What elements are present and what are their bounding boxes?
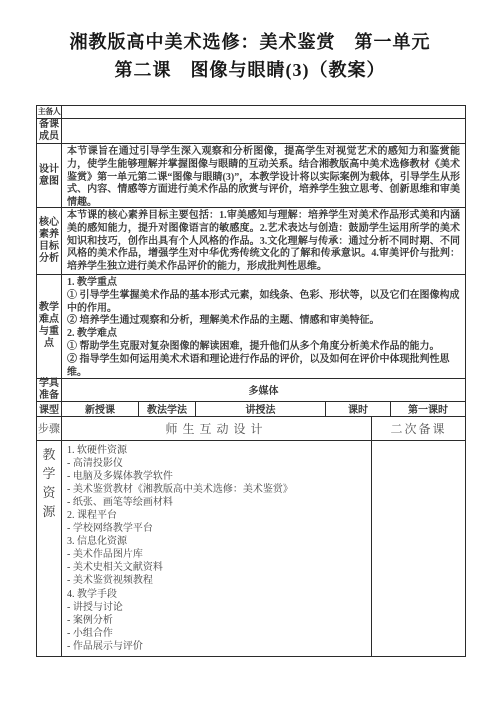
key-points-text: 1. 教学重点 ① 引导学生掌握美术作品的基本形式元素，如线条、色彩、形状等，以… <box>62 275 465 378</box>
lead-preparer-value <box>62 106 465 118</box>
core-literacy-label: 核心 素养 目标 分析 <box>37 208 62 274</box>
lesson-type-value: 新授课 <box>62 402 139 416</box>
row-teaching-resources: 教 学 资 源 1. 软硬件资源 - 高清投影仪 - 电脑及多媒体教学软件 - … <box>37 441 465 657</box>
row-prep-members: 备课 成员 <box>37 119 465 144</box>
document-title: 湘教版高中美术选修：美术鉴赏 第一单元 第二课 图像与眼睛(3)（教案） <box>0 0 500 84</box>
document-title-line1: 湘教版高中美术选修：美术鉴赏 第一单元 <box>0 28 500 56</box>
prep-members-label: 备课 成员 <box>37 119 62 143</box>
teaching-method-value: 讲授法 <box>196 402 326 416</box>
row-steps-header: 步骤 师生互动设计 二次备课 <box>37 417 465 441</box>
row-lead-preparer: 主备人 <box>37 106 465 119</box>
secondary-prep-cell <box>371 441 465 657</box>
steps-label: 步骤 <box>37 417 62 440</box>
row-key-points: 教学 难点 与重 点 1. 教学重点 ① 引导学生掌握美术作品的基本形式元素，如… <box>37 275 465 379</box>
teaching-resources-list: 1. 软硬件资源 - 高清投影仪 - 电脑及多媒体教学软件 - 美术鉴赏教材《湘… <box>62 441 371 657</box>
lesson-type-label: 课型 <box>37 402 62 416</box>
key-points-label: 教学 难点 与重 点 <box>37 275 62 378</box>
secondary-prep-header: 二次备课 <box>371 417 465 440</box>
row-lesson-meta: 课型 新授课 教法学法 讲授法 课时 第一课时 <box>37 402 465 417</box>
teaching-resources-label: 教 学 资 源 <box>37 441 62 657</box>
materials-value: 多媒体 <box>62 379 465 401</box>
design-intent-text: 本节课旨在通过引导学生深入观察和分析图像，提高学生对视觉艺术的感知力和鉴赏能力，… <box>62 144 465 207</box>
design-intent-label: 设计 意图 <box>37 144 62 207</box>
interaction-design-header: 师生互动设计 <box>62 417 371 440</box>
row-design-intent: 设计 意图 本节课旨在通过引导学生深入观察和分析图像，提高学生对视觉艺术的感知力… <box>37 144 465 208</box>
document-title-line2: 第二课 图像与眼睛(3)（教案） <box>0 56 500 84</box>
lesson-plan-table: 主备人 备课 成员 设计 意图 本节课旨在通过引导学生深入观察和分析图像，提高学… <box>36 105 466 657</box>
row-materials: 学具 准备 多媒体 <box>37 379 465 402</box>
period-value: 第一课时 <box>391 402 465 416</box>
prep-members-value <box>62 119 465 143</box>
core-literacy-text: 本节课的核心素养目标主要包括：1.审美感知与理解：培养学生对美术作品形式美和内涵… <box>62 208 465 274</box>
row-core-literacy: 核心 素养 目标 分析 本节课的核心素养目标主要包括：1.审美感知与理解：培养学… <box>37 208 465 275</box>
period-label: 课时 <box>326 402 391 416</box>
lead-preparer-label: 主备人 <box>37 106 62 118</box>
teaching-method-label: 教法学法 <box>139 402 196 416</box>
materials-label: 学具 准备 <box>37 379 62 401</box>
